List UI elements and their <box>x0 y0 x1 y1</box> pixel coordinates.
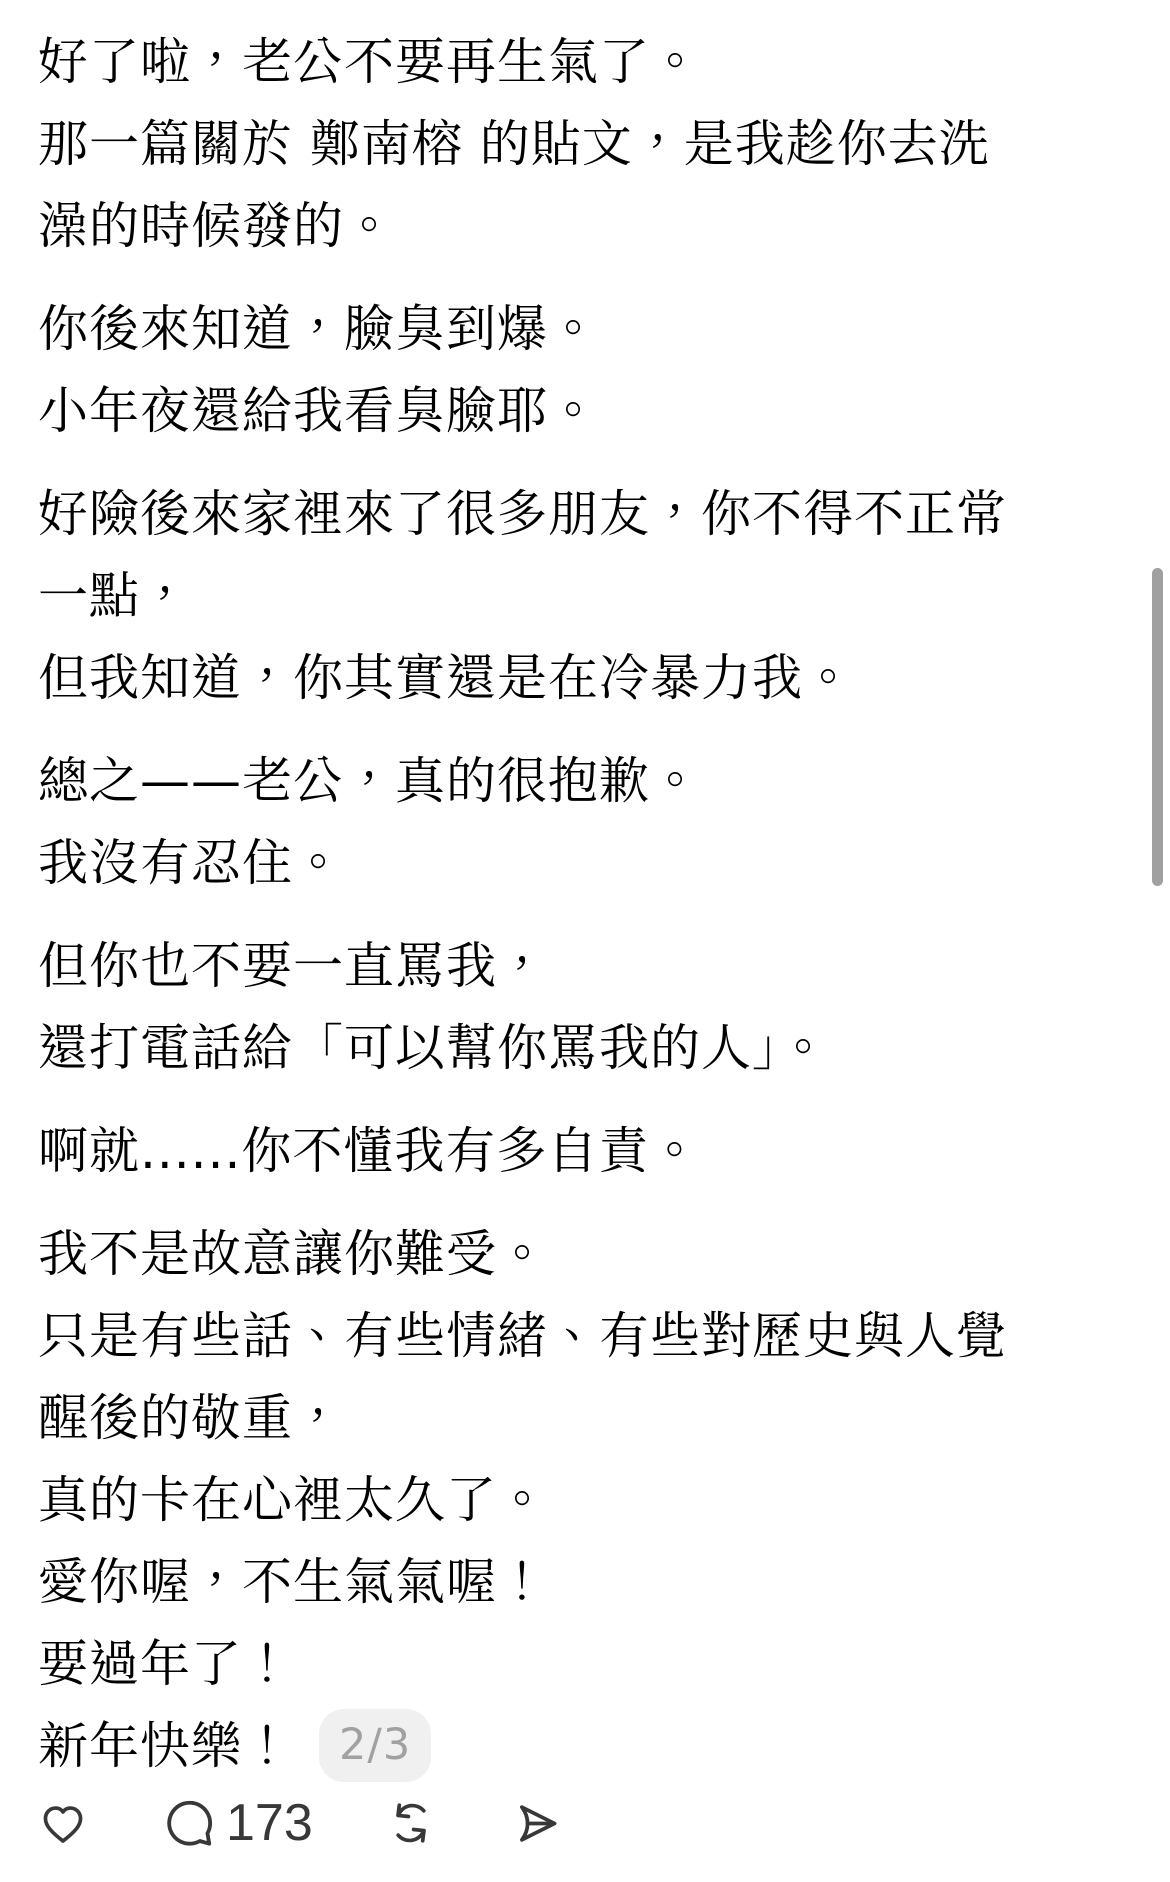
like-button[interactable] <box>36 1797 90 1849</box>
post-line: 要過年了！ <box>38 1623 1130 1705</box>
post-paragraph: 好險後來家裡來了很多朋友，你不得不正常一點，但我知道，你其實還是在冷暴力我。 <box>38 473 1130 719</box>
post-paragraph: 我不是故意讓你難受。只是有些話、有些情緒、有些對歷史與人覺醒後的敬重，真的卡在心… <box>38 1213 1130 1787</box>
post-line: 你後來知道，臉臭到爆。 <box>38 288 1130 370</box>
post-line: 好了啦，老公不要再生氣了。 <box>38 21 1130 103</box>
post-paragraph: 總之——老公，真的很抱歉。我沒有忍住。 <box>38 740 1130 904</box>
post-paragraph: 但你也不要一直罵我，還打電話給「可以幫你罵我的人」。 <box>38 925 1130 1089</box>
post-text: 好了啦，老公不要再生氣了。那一篇關於 鄭南榕 的貼文，是我趁你去洗澡的時候發的。… <box>38 21 1130 1787</box>
post-line: 新年快樂！2/3 <box>38 1705 1130 1787</box>
post-line: 還打電話給「可以幫你罵我的人」。 <box>38 1007 1130 1089</box>
send-button[interactable] <box>509 1797 563 1850</box>
page-indicator-badge: 2/3 <box>319 1709 431 1782</box>
comment-bubble-icon <box>162 1796 216 1850</box>
post-line: 但我知道，你其實還是在冷暴力我。 <box>38 637 1130 719</box>
post-line: 真的卡在心裡太久了。 <box>38 1459 1130 1541</box>
post-line: 醒後的敬重， <box>38 1377 1130 1459</box>
reply-button[interactable]: 173 <box>162 1796 313 1850</box>
scrollbar-thumb[interactable] <box>1152 568 1163 886</box>
post-paragraph: 啊就......你不懂我有多自責。 <box>38 1110 1130 1192</box>
post-line: 我沒有忍住。 <box>38 822 1130 904</box>
post-paragraph: 好了啦，老公不要再生氣了。那一篇關於 鄭南榕 的貼文，是我趁你去洗澡的時候發的。 <box>38 21 1130 267</box>
post-line: 但你也不要一直罵我， <box>38 925 1130 1007</box>
post-paragraph: 你後來知道，臉臭到爆。小年夜還給我看臭臉耶。 <box>38 288 1130 452</box>
action-bar: 173 <box>36 1796 563 1850</box>
repost-button[interactable] <box>385 1797 437 1849</box>
post-line: 小年夜還給我看臭臉耶。 <box>38 370 1130 452</box>
post-line: 那一篇關於 鄭南榕 的貼文，是我趁你去洗 <box>38 103 1130 185</box>
post-line: 一點， <box>38 555 1130 637</box>
post-line: 澡的時候發的。 <box>38 185 1130 267</box>
heart-icon <box>36 1797 90 1849</box>
post-line: 只是有些話、有些情緒、有些對歷史與人覺 <box>38 1295 1130 1377</box>
post-line: 總之——老公，真的很抱歉。 <box>38 740 1130 822</box>
post-line: 啊就......你不懂我有多自責。 <box>38 1110 1130 1192</box>
post-line: 愛你喔，不生氣氣喔！ <box>38 1541 1130 1623</box>
repost-icon <box>385 1797 437 1849</box>
reply-count: 173 <box>226 1797 313 1849</box>
post-line: 好險後來家裡來了很多朋友，你不得不正常 <box>38 473 1130 555</box>
post-line: 我不是故意讓你難受。 <box>38 1213 1130 1295</box>
send-icon <box>509 1797 563 1850</box>
